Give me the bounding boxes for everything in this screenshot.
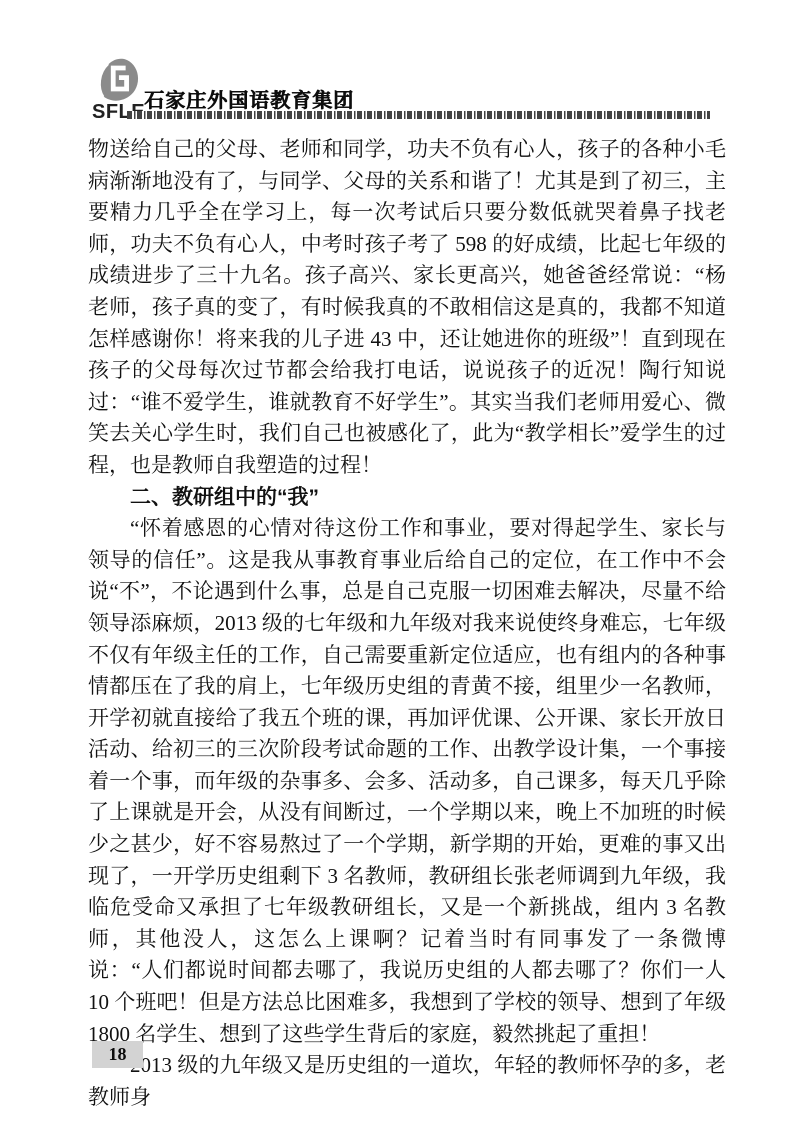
page-number: 18 [109,1044,127,1065]
page-body-text: 物送给自己的父母、老师和同学，功夫不负有心人，孩子的各种小毛病渐渐地没有了，与同… [88,134,726,1113]
organization-title: 石家庄外国语教育集团 [144,84,354,113]
paragraph: “怀着感恩的心情对待这份工作和事业，要对得起学生、家长与领导的信任”。这是我从事… [88,513,726,1050]
section-heading: 二、教研组中的“我” [88,482,726,514]
page-number-badge: 18 [92,1041,143,1068]
paragraph-continuation: 物送给自己的父母、老师和同学，功夫不负有心人，孩子的各种小毛病渐渐地没有了，与同… [88,134,726,482]
paragraph: 2013 级的九年级又是历史组的一道坎，年轻的教师怀孕的多，老教师身 [88,1050,726,1113]
document-page: SFLE 石家庄外国语教育集团 物送给自己的父母、老师和同学，功夫不负有心人，孩… [0,0,803,1134]
sfle-g-leaf-icon [97,57,139,102]
header-dashed-rule [127,111,710,119]
